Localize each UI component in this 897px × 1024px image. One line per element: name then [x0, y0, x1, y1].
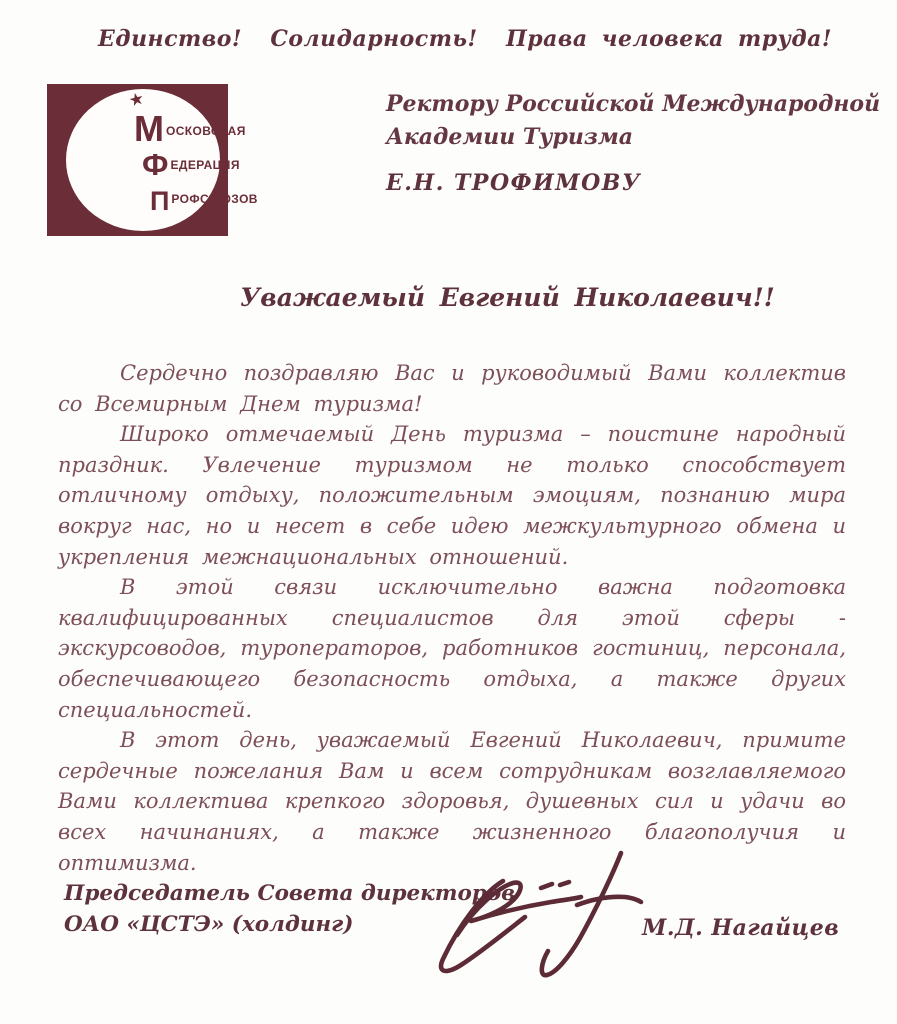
signature-stroke-tail: [577, 897, 641, 905]
handwritten-signature: [425, 843, 680, 978]
logo-initial-f: Ф: [142, 151, 168, 179]
union-slogan: Единство! Солидарность! Права человека т…: [98, 26, 832, 52]
signature-stroke-dash2: [560, 882, 569, 885]
signature-stroke-tall: [542, 853, 621, 975]
logo-line-profsoyuzov: ПРОФСОЮЗОВ: [150, 179, 258, 213]
salutation: Уважаемый Евгений Николаевич!!: [240, 283, 775, 312]
recipient-block: Ректору Российской Международной Академи…: [386, 88, 880, 154]
signature-stroke-loop: [457, 883, 581, 935]
recipient-line-1: Ректору Российской Международной: [386, 88, 880, 121]
signature-stroke-dash1: [541, 884, 552, 888]
logo-line-moskovskaya: МОСКОВСКАЯ: [134, 111, 258, 145]
logo-text: МОСКОВСКАЯ ФЕДЕРАЦИЯ ПРОФСОЮЗОВ: [130, 111, 258, 213]
logo-initial-p: П: [150, 189, 169, 213]
logo-rest-f: ЕДЕРАЦИЯ: [170, 158, 239, 172]
paragraph-1: Сердечно поздравляю Вас и руководимый Ва…: [58, 358, 846, 419]
letter-body: Сердечно поздравляю Вас и руководимый Ва…: [58, 358, 846, 878]
paragraph-3: В этой связи исключительно важна подгото…: [58, 572, 846, 725]
recipient-name: Е.Н. ТРОФИМОВУ: [386, 170, 641, 196]
logo-rest-p: РОФСОЮЗОВ: [171, 192, 257, 206]
paragraph-2: Широко отмечаемый День туризма – поистин…: [58, 419, 846, 572]
mfp-logo: ★ МОСКОВСКАЯ ФЕДЕРАЦИЯ ПРОФСОЮЗОВ: [47, 84, 228, 236]
logo-initial-m: М: [134, 113, 164, 145]
logo-rest-m: ОСКОВСКАЯ: [166, 124, 246, 138]
scanned-letter-page: Единство! Солидарность! Права человека т…: [0, 0, 897, 1024]
recipient-line-2: Академии Туризма: [386, 121, 880, 154]
logo-circle: ★ МОСКОВСКАЯ ФЕДЕРАЦИЯ ПРОФСОЮЗОВ: [66, 89, 220, 231]
signature-stroke-sweep: [441, 881, 525, 971]
logo-line-federatsiya: ФЕДЕРАЦИЯ: [142, 145, 258, 179]
signer-name: М.Д. Нагайцев: [642, 915, 839, 941]
